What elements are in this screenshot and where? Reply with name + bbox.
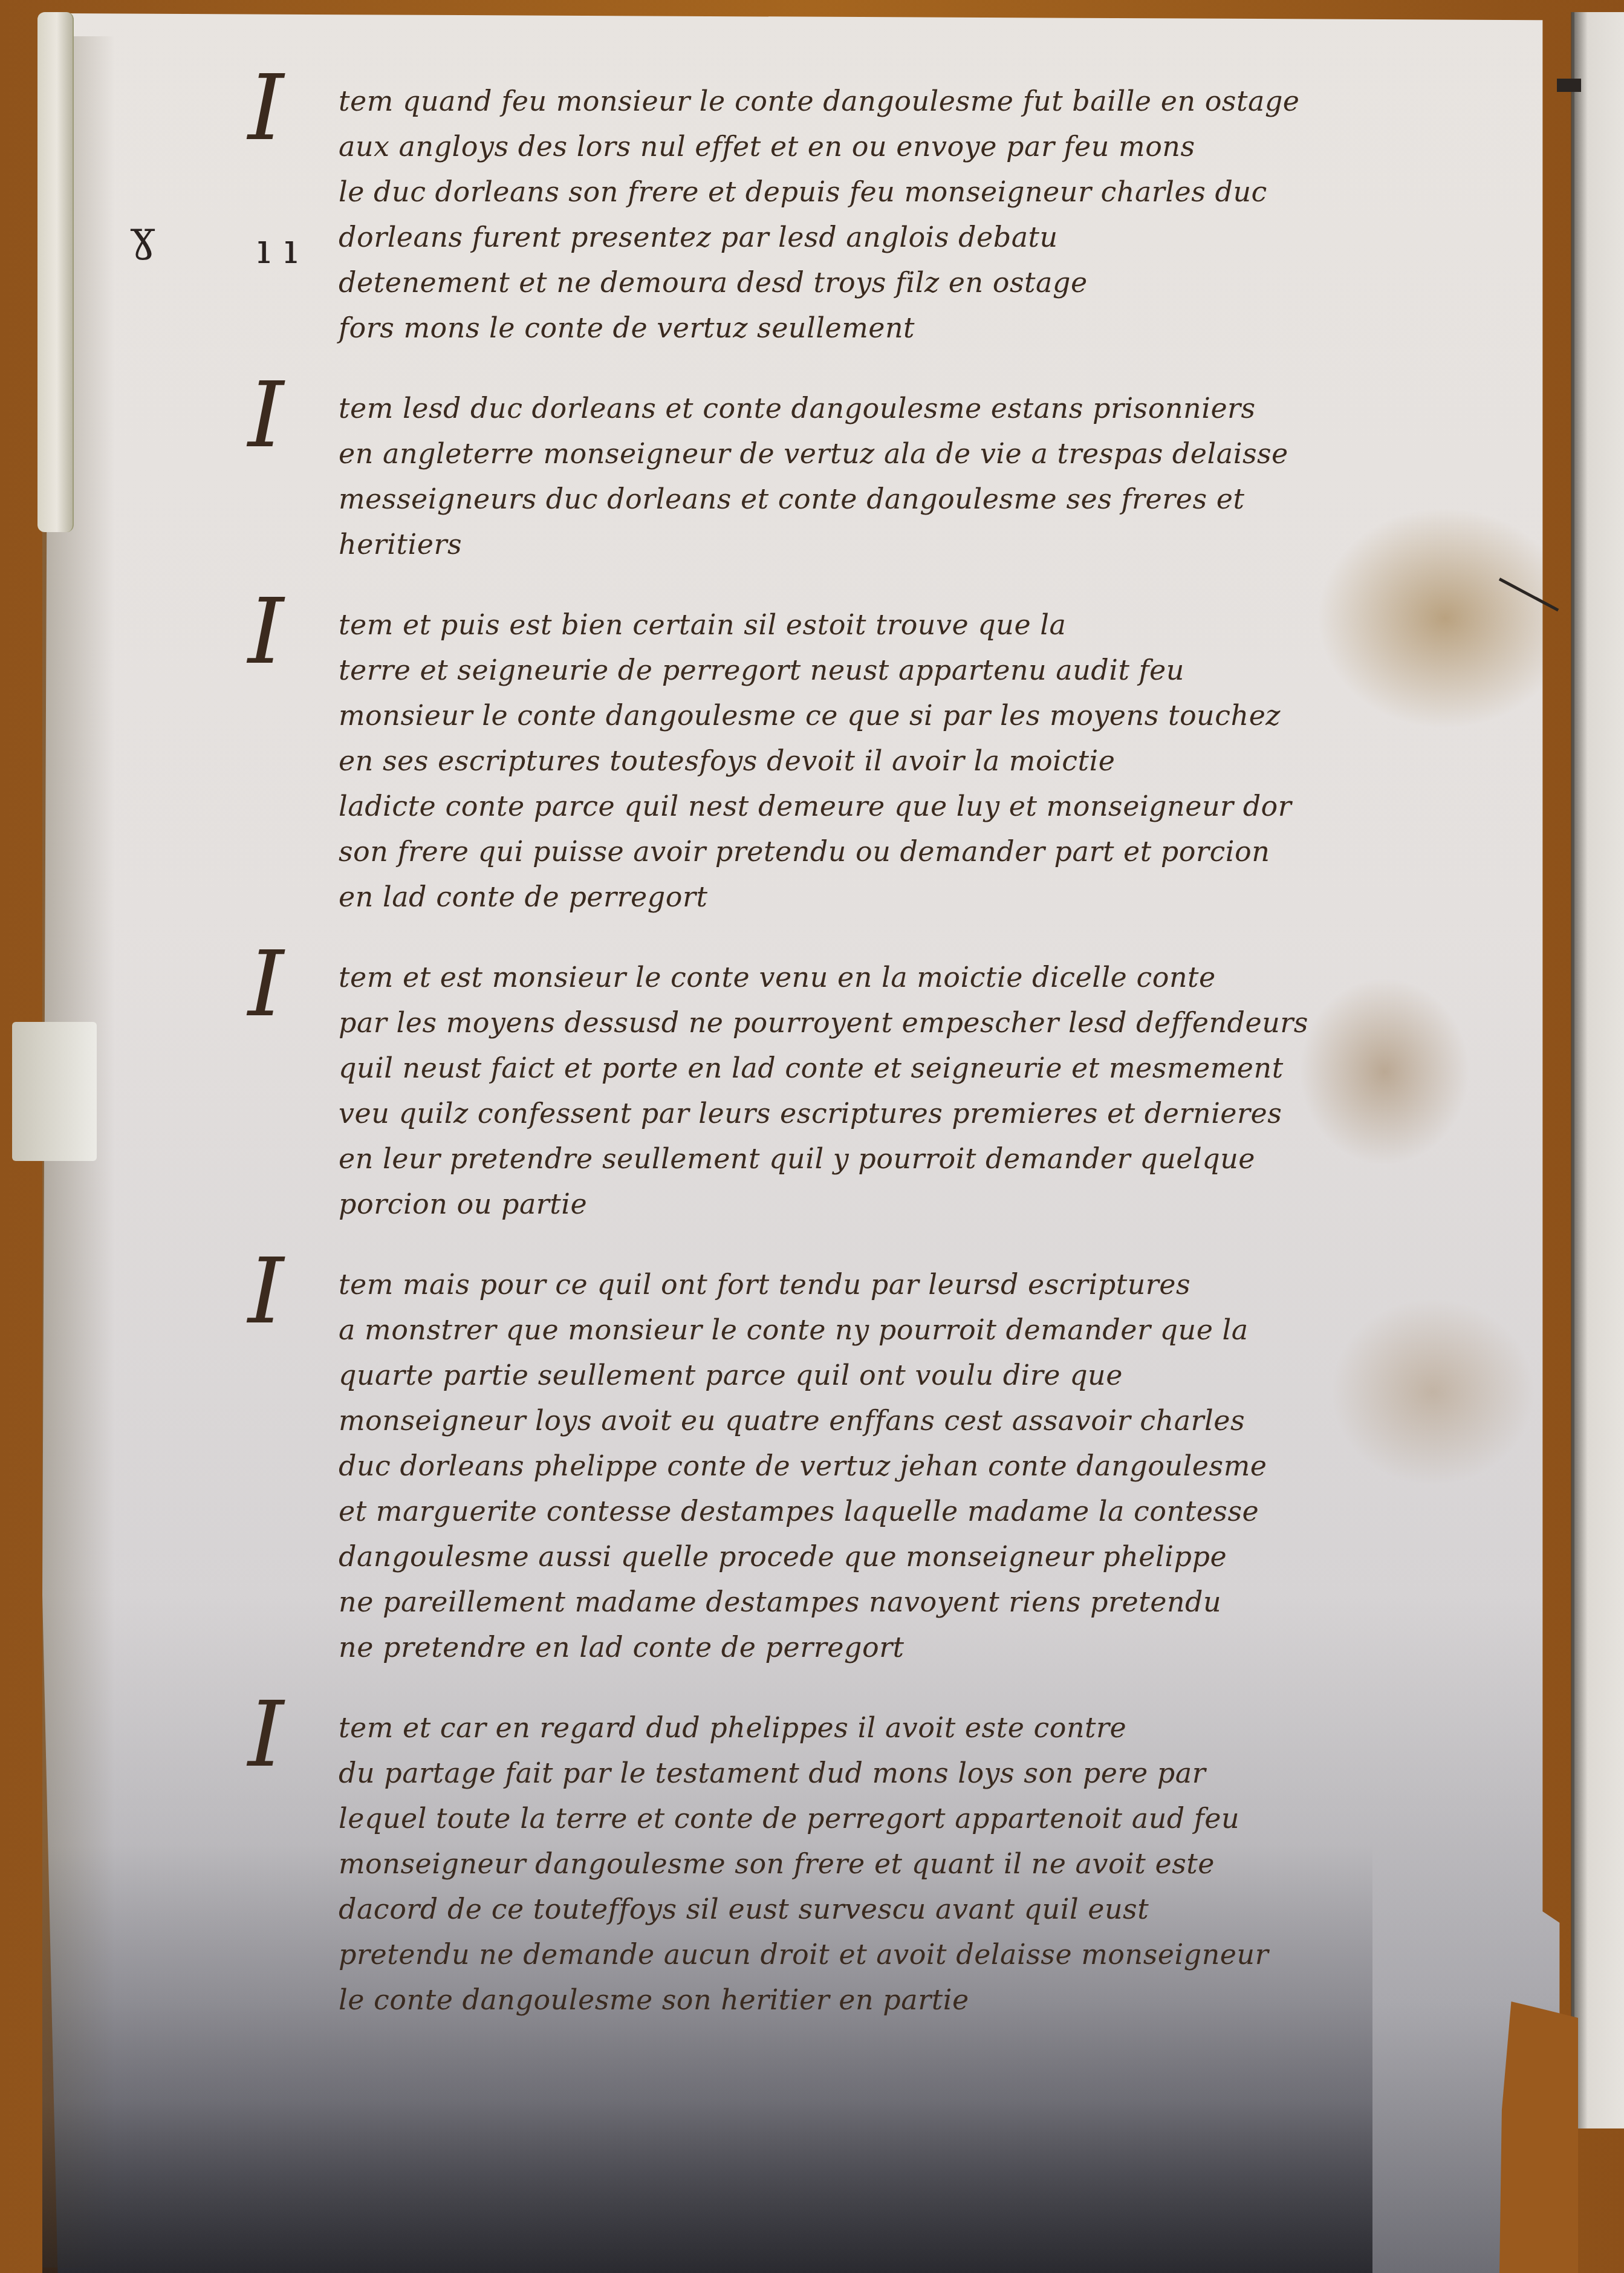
margin-mark: ı ı [257, 224, 297, 273]
paragraph: I tem et car en regard dud phelippes il … [339, 1705, 1560, 2023]
text-line: en ses escriptures toutesfoys devoit il … [339, 738, 1560, 784]
paragraph: I tem lesd duc dorleans et conte dangoul… [339, 386, 1560, 567]
text-line: le conte dangoulesme son heritier en par… [339, 1977, 1560, 2023]
text-line: aux angloys des lors nul effet et en ou … [339, 124, 1560, 169]
initial-capital: I [248, 1689, 284, 1780]
text-line: le duc dorleans son frere et depuis feu … [339, 169, 1560, 215]
text-line: tem et puis est bien certain sil estoit … [339, 602, 1560, 648]
ink-blot [1557, 79, 1581, 92]
text-line: monseigneur loys avoit eu quatre enffans… [339, 1398, 1560, 1443]
text-line: messeigneurs duc dorleans et conte dango… [339, 476, 1560, 522]
text-line: monsieur le conte dangoulesme ce que si … [339, 693, 1560, 738]
adjacent-page-edge [1572, 12, 1624, 2128]
text-line: ne pareillement madame destampes navoyen… [339, 1579, 1560, 1625]
text-line: heritiers [339, 522, 1560, 567]
text-line: detenement et ne demoura desd troys filz… [339, 260, 1560, 305]
text-line: tem lesd duc dorleans et conte dangoules… [339, 386, 1560, 431]
text-line: porcion ou partie [339, 1182, 1560, 1227]
text-line: duc dorleans phelippe conte de vertuz je… [339, 1443, 1560, 1489]
text-line: dangoulesme aussi quelle procede que mon… [339, 1534, 1560, 1579]
text-line: tem et car en regard dud phelippes il av… [339, 1705, 1560, 1751]
text-line: son frere qui puisse avoir pretendu ou d… [339, 829, 1560, 874]
paragraph: I tem mais pour ce quil ont fort tendu p… [339, 1262, 1560, 1670]
text-line: dorleans furent presentez par lesd anglo… [339, 215, 1560, 260]
text-line: tem mais pour ce quil ont fort tendu par… [339, 1262, 1560, 1307]
initial-capital: I [248, 587, 284, 677]
text-line: dacord de ce touteffoys sil eust survesc… [339, 1887, 1560, 1932]
folded-edge [37, 12, 74, 532]
text-line: veu quilz confessent par leurs escriptur… [339, 1091, 1560, 1136]
text-line: quil neust faict et porte en lad conte e… [339, 1045, 1560, 1091]
text-line: lequel toute la terre et conte de perreg… [339, 1796, 1560, 1841]
text-line: a monstrer que monsieur le conte ny pour… [339, 1307, 1560, 1353]
paragraph: I tem quand feu monsieur le conte dangou… [339, 79, 1560, 351]
initial-capital: I [248, 370, 284, 461]
text-line: pretendu ne demande aucun droit et avoit… [339, 1932, 1560, 1977]
text-line: en leur pretendre seullement quil y pour… [339, 1136, 1560, 1182]
paragraph: I tem et est monsieur le conte venu en l… [339, 955, 1560, 1227]
text-line: tem et est monsieur le conte venu en la … [339, 955, 1560, 1000]
text-line: tem quand feu monsieur le conte dangoule… [339, 79, 1560, 124]
text-line: du partage fait par le testament dud mon… [339, 1751, 1560, 1796]
paragraph: I tem et puis est bien certain sil estoi… [339, 602, 1560, 920]
text-line: quarte partie seullement parce quil ont … [339, 1353, 1560, 1398]
text-line: fors mons le conte de vertuz seullement [339, 305, 1560, 351]
margin-mark: ɣ [130, 212, 155, 261]
text-line: par les moyens dessusd ne pourroyent emp… [339, 1000, 1560, 1045]
text-line: terre et seigneurie de perregort neust a… [339, 648, 1560, 693]
text-line: ne pretendre en lad conte de perregort [339, 1625, 1560, 1670]
page-gutter-shadow [1571, 12, 1574, 2128]
paper-fold-patch [12, 1022, 97, 1161]
text-line: et marguerite contesse destampes laquell… [339, 1489, 1560, 1534]
text-line: en lad conte de perregort [339, 874, 1560, 920]
text-line: monseigneur dangoulesme son frere et qua… [339, 1841, 1560, 1887]
initial-capital: I [248, 1246, 284, 1337]
text-line: ladicte conte parce quil nest demeure qu… [339, 784, 1560, 829]
initial-capital: I [248, 63, 284, 154]
manuscript-text: I tem quand feu monsieur le conte dangou… [339, 79, 1560, 2058]
text-line: en angleterre monseigneur de vertuz ala … [339, 431, 1560, 476]
initial-capital: I [248, 939, 284, 1030]
